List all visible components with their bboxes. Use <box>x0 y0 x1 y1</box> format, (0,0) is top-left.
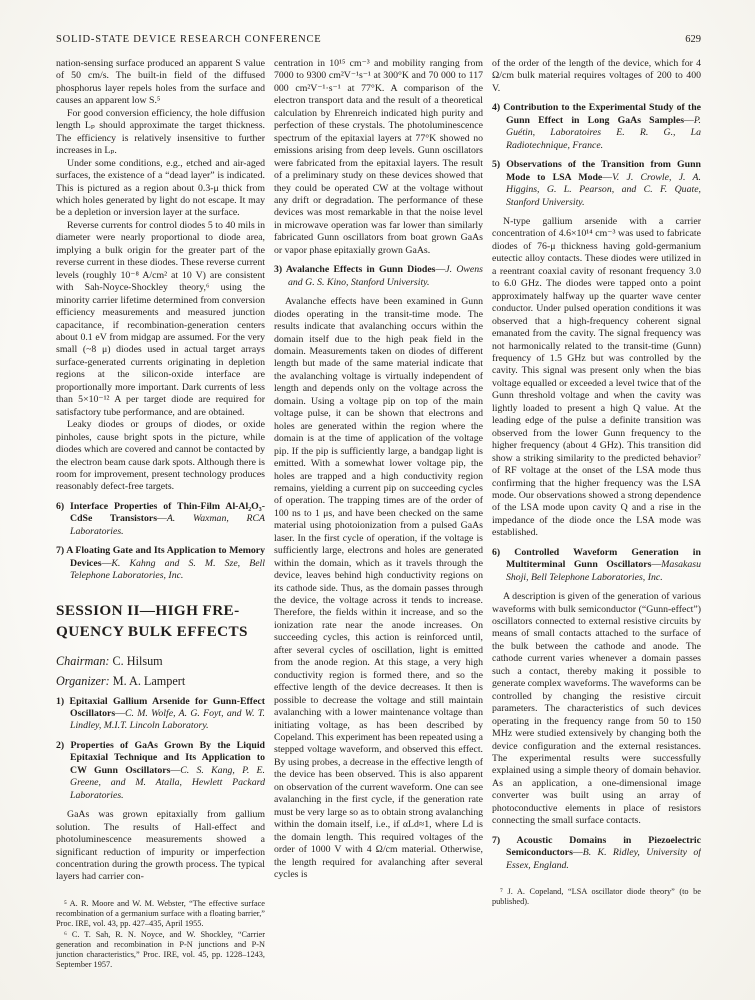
abstract-item: 7) A Floating Gate and Its Application t… <box>56 545 265 582</box>
paragraph: GaAs was grown epitaxially from gallium … <box>56 809 265 884</box>
item-separator: — <box>651 559 661 570</box>
running-title: SOLID-STATE DEVICE RESEARCH CONFERENCE <box>56 34 322 45</box>
abstract-item: 4) Contribution to the Experimental Stud… <box>492 102 701 152</box>
abstract-item: 5) Observations of the Transition from G… <box>492 159 701 209</box>
item-number: 7) <box>492 835 517 846</box>
paragraph: Avalanche effects have been examined in … <box>274 296 483 881</box>
abstract-item: 6) Interface Properties of Thin-Film Al-… <box>56 501 265 538</box>
item-separator: — <box>435 264 445 275</box>
abstract-item: 1) Epitaxial Gallium Arsenide for Gunn-E… <box>56 696 265 733</box>
footnotes: ⁵ A. R. Moore and W. M. Webster, “The ef… <box>56 899 265 970</box>
session-role: Organizer: M. A. Lampert <box>56 673 265 689</box>
column-2: centration in 10¹⁵ cm⁻³ and mobility ran… <box>274 58 483 998</box>
session-heading-line: SESSION II—HIGH FRE- <box>56 600 265 621</box>
item-number: 3) <box>274 264 286 275</box>
item-title: Avalanche Effects in Gunn Diodes <box>286 264 436 275</box>
paragraph: nation-sensing surface produced an appar… <box>56 58 265 108</box>
role-name: C. Hilsum <box>113 654 163 668</box>
paragraph: Reverse currents for control diodes 5 to… <box>56 220 265 419</box>
item-number: 6) <box>492 547 514 558</box>
footnotes: ⁷ J. A. Copeland, “LSA oscillator diode … <box>492 887 701 907</box>
item-separator: — <box>684 115 694 126</box>
journal-page: SOLID-STATE DEVICE RESEARCH CONFERENCE 6… <box>0 0 755 1000</box>
item-separator: — <box>115 708 125 719</box>
footnote: ⁶ C. T. Sah, R. N. Noyce, and W. Shockle… <box>56 930 265 971</box>
page-number: 629 <box>685 34 701 45</box>
paragraph: A description is given of the generation… <box>492 591 701 828</box>
paragraph: N-type gallium arsenide with a carrier c… <box>492 216 701 540</box>
item-title: Contribution to the Experimental Study o… <box>503 102 701 125</box>
item-separator: — <box>170 765 180 776</box>
abstract-item: 3) Avalanche Effects in Gunn Diodes—J. O… <box>274 264 483 289</box>
item-number: 2) <box>56 740 70 751</box>
paragraph: centration in 10¹⁵ cm⁻³ and mobility ran… <box>274 58 483 257</box>
session-role: Chairman: C. Hilsum <box>56 653 265 669</box>
item-number: 5) <box>492 159 506 170</box>
session-heading: SESSION II—HIGH FRE-QUENCY BULK EFFECTS <box>56 600 265 642</box>
item-separator: — <box>102 558 112 569</box>
footnote: ⁷ J. A. Copeland, “LSA oscillator diode … <box>492 887 701 907</box>
item-separator: — <box>157 513 167 524</box>
column-3: of the order of the length of the device… <box>492 58 701 998</box>
footnote: ⁵ A. R. Moore and W. M. Webster, “The ef… <box>56 899 265 930</box>
abstract-item: 6) Controlled Waveform Generation in Mul… <box>492 547 701 584</box>
item-number: 7) <box>56 545 66 556</box>
page-header: SOLID-STATE DEVICE RESEARCH CONFERENCE 6… <box>56 34 701 45</box>
paragraph: Leaky diodes or groups of diodes, or oxi… <box>56 419 265 494</box>
text-columns: nation-sensing surface produced an appar… <box>56 58 701 998</box>
paragraph: Under some conditions, e.g., etched and … <box>56 158 265 220</box>
item-number: 1) <box>56 696 70 707</box>
column-1: nation-sensing surface produced an appar… <box>56 58 265 998</box>
abstract-item: 7) Acoustic Domains in Piezoelectric Sem… <box>492 835 701 872</box>
item-separator: — <box>573 847 583 858</box>
item-separator: — <box>602 172 612 183</box>
role-label: Organizer: <box>56 674 113 688</box>
role-label: Chairman: <box>56 654 113 668</box>
paragraph: For good conversion efficiency, the hole… <box>56 108 265 158</box>
role-name: M. A. Lampert <box>113 674 185 688</box>
paragraph: of the order of the length of the device… <box>492 58 701 95</box>
item-number: 4) <box>492 102 503 113</box>
abstract-item: 2) Properties of GaAs Grown By the Liqui… <box>56 740 265 802</box>
item-number: 6) <box>56 501 70 512</box>
session-heading-line: QUENCY BULK EFFECTS <box>56 621 265 642</box>
